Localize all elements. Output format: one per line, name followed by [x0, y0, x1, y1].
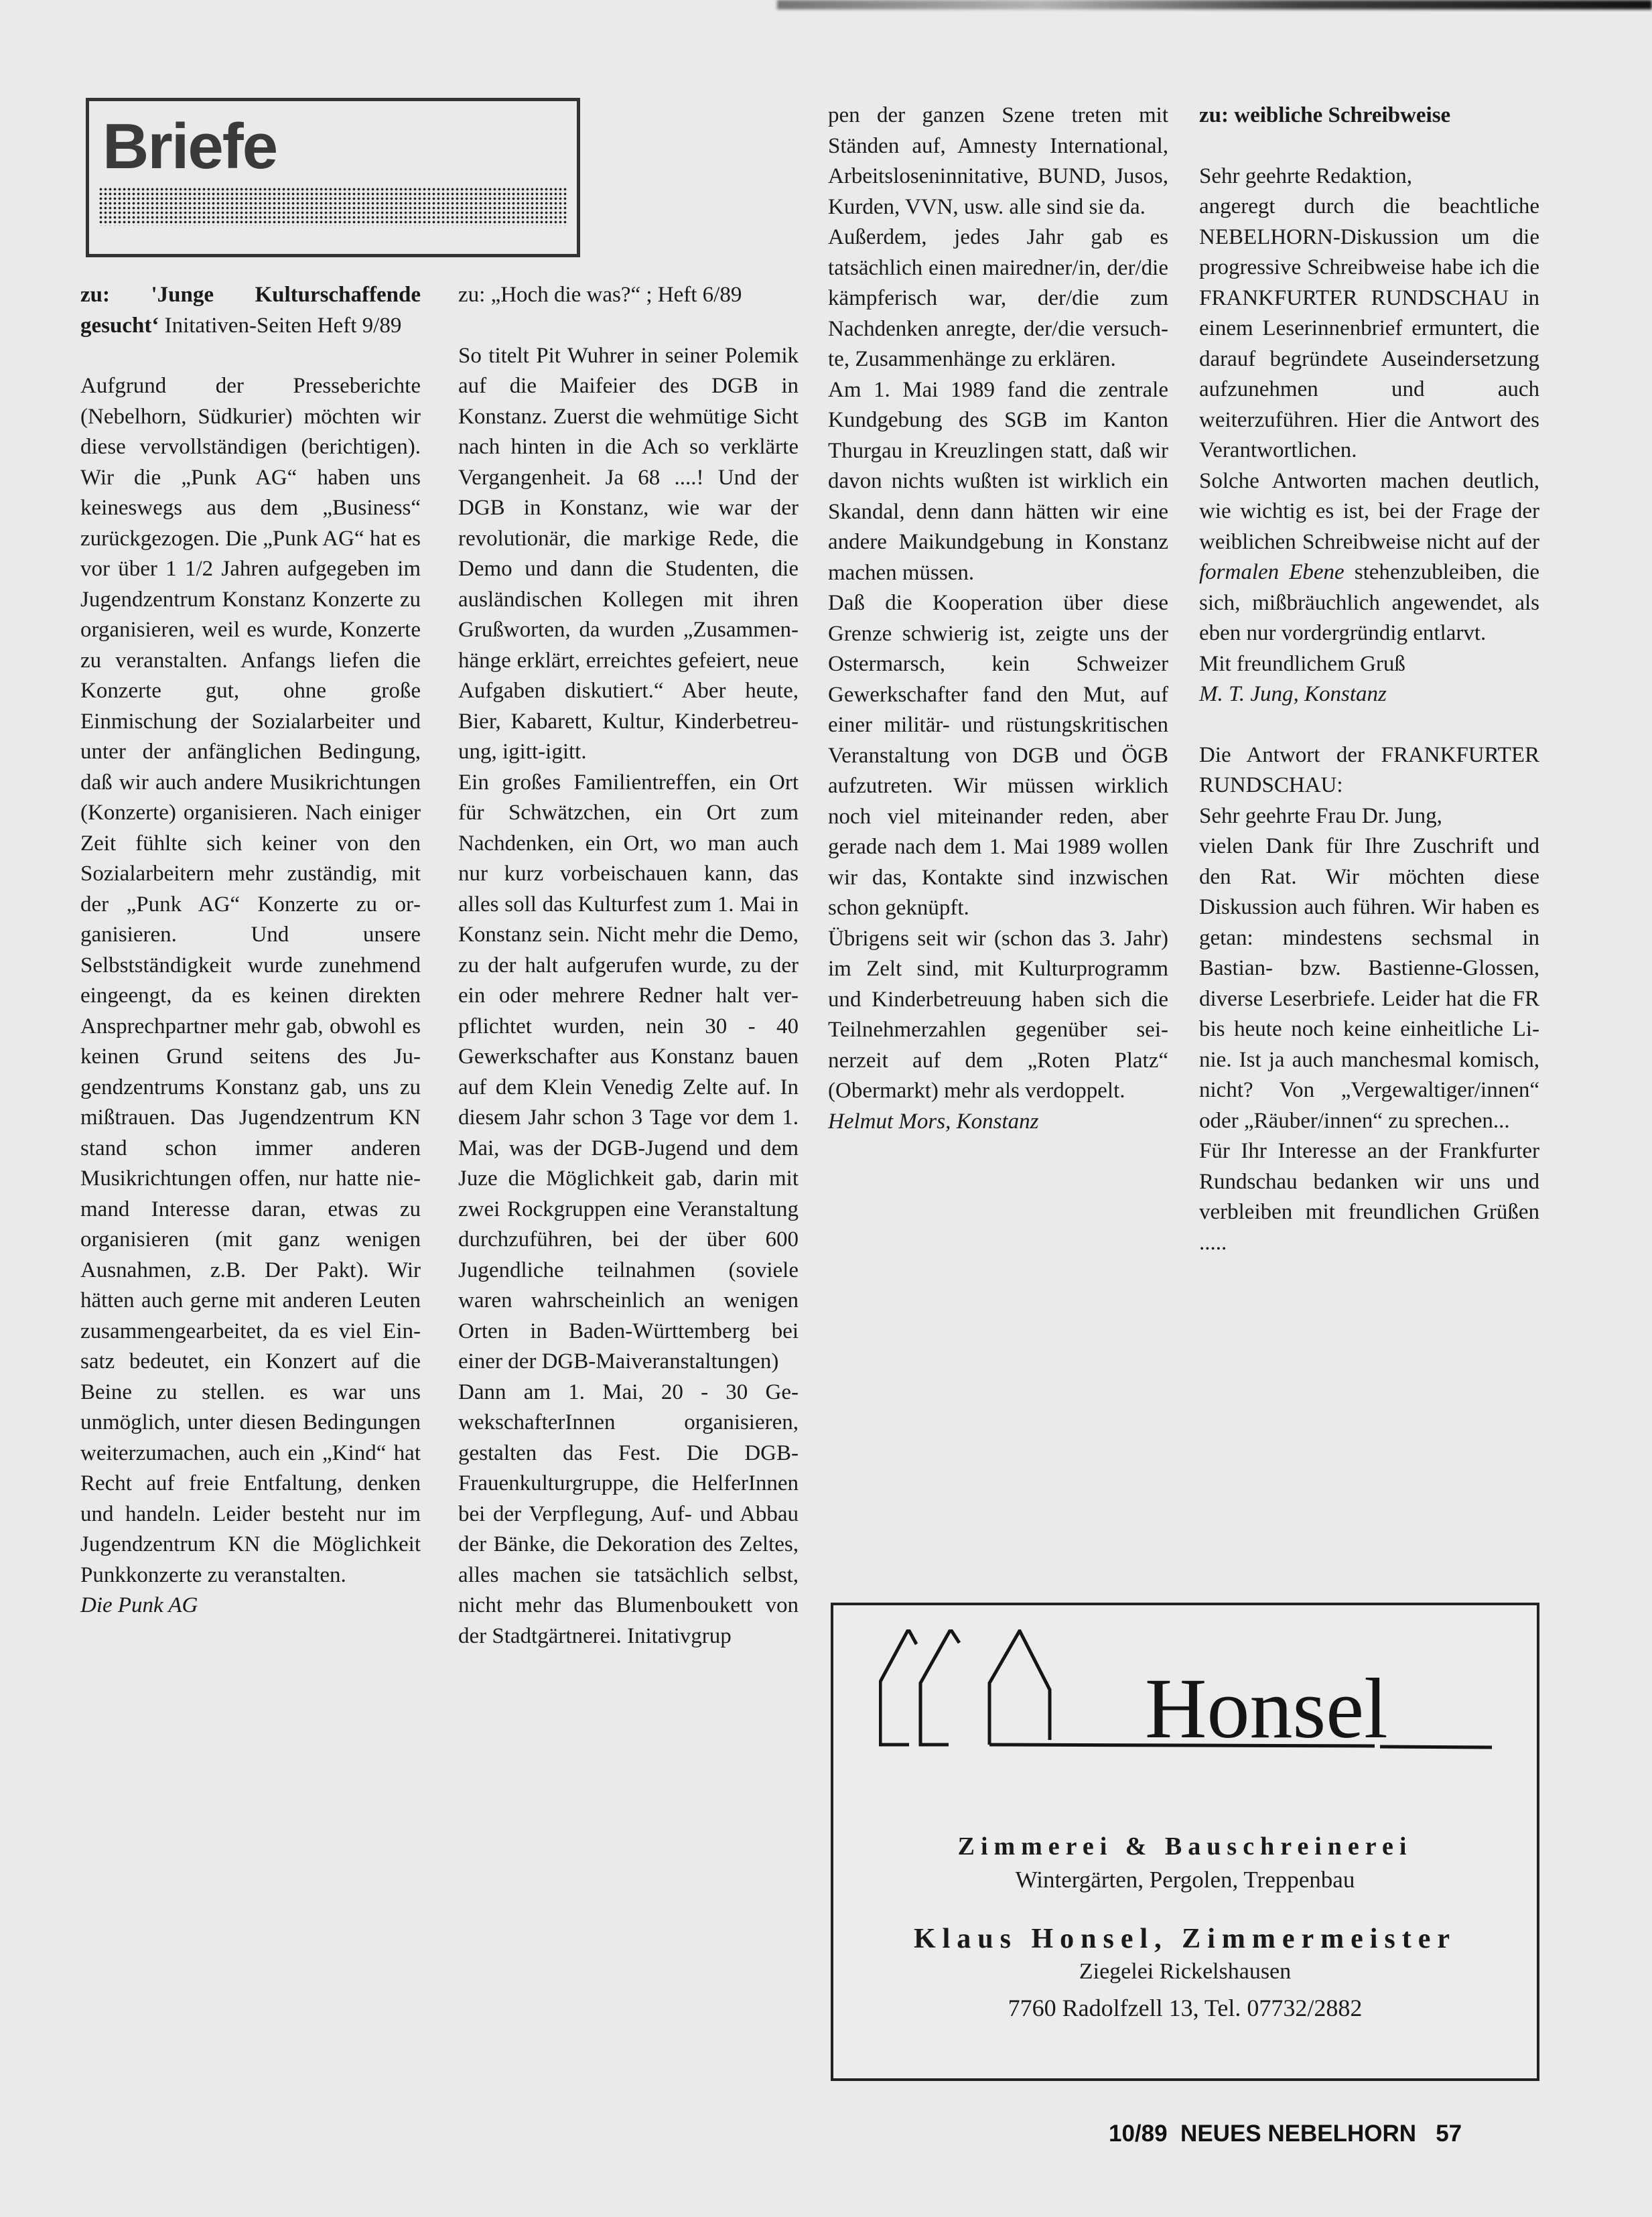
reply-paragraph: Für Ihr Interesse an der Frankfurter Run… — [1199, 1136, 1539, 1258]
page-footer: 10/89 NEUES NEBELHORN 57 — [1109, 2121, 1462, 2147]
letter-salutation: Sehr geehrte Redaktion, — [1199, 161, 1539, 192]
ad-business-type: Zimmerei & Bauschreinerei — [833, 1832, 1537, 1861]
halftone-bar — [98, 187, 567, 226]
issue-number: 10/89 — [1109, 2121, 1168, 2147]
page-number: 57 — [1436, 2121, 1462, 2147]
letter-paragraph: angeregt durch die beachtli­che NEBELHOR… — [1199, 192, 1539, 466]
letter-heading: zu: 'Junge Kulturschaffende gesucht‘ Ini… — [80, 280, 421, 341]
letter-paragraph: So titelt Pit Wuhrer in seiner Polemik a… — [458, 341, 799, 768]
section-masthead: Briefe — [86, 98, 580, 257]
publication-name: NEUES NEBELHORN — [1180, 2121, 1416, 2147]
letter-paragraph: Solche Antworten machen deutlich, wie wi… — [1199, 466, 1539, 649]
letter-signature: Helmut Mors, Konstanz — [828, 1107, 1168, 1138]
ad-address-line2: 7760 Radolfzell 13, Tel. 07732/2882 — [833, 1994, 1537, 2022]
letter-signature: Die Punk AG — [80, 1591, 421, 1621]
letter-heading-bold: zu: weibliche Schreibweise — [1199, 103, 1450, 127]
letter-paragraph: Am 1. Mai 1989 fand die zen­trale Kundge… — [828, 375, 1168, 589]
letter-hoch-die-was: zu: „Hoch die was?“ ; Heft 6/89 So titel… — [458, 280, 799, 1652]
letter-closing: Mit freundlichem Gruß — [1199, 649, 1539, 680]
letter-punk-ag: zu: 'Junge Kulturschaffende gesucht‘ Ini… — [80, 280, 421, 1621]
letter-heading: zu: weibliche Schreibweise — [1199, 100, 1539, 131]
letter-paragraph: Übrigens seit wir (schon das 3. Jahr) im… — [828, 924, 1168, 1107]
letter-paragraph: Daß die Kooperation über diese Grenze sc… — [828, 588, 1168, 924]
reply-salutation: Sehr geehrte Frau Dr. Jung, — [1199, 801, 1539, 832]
letter-heading: zu: „Hoch die was?“ ; Heft 6/89 — [458, 280, 799, 311]
letter-paragraph: pen der ganzen Szene treten mit Ständen … — [828, 100, 1168, 222]
letter-heading-ref: Initativen-Seiten Heft 9/89 — [159, 314, 401, 338]
ad-address-line1: Ziegelei Rickelshausen — [833, 1959, 1537, 1985]
ad-brand-name: Honsel — [1145, 1666, 1388, 1751]
letter-weibliche-schreibweise: zu: weibliche Schreibweise Sehr geehrte … — [1199, 100, 1539, 1258]
text-run: Solche Antworten machen deutlich, wie wi… — [1199, 469, 1539, 554]
previous-page-bleed — [777, 0, 1652, 9]
emphasis-text: formalen Ebene — [1199, 560, 1345, 584]
letter-paragraph: Dann am 1. Mai, 20 - 30 Ge­wekschafterIn… — [458, 1378, 799, 1652]
ad-services: Wintergärten, Pergolen, Treppenbau — [833, 1867, 1537, 1893]
letter-paragraph: Ein großes Familientreffen, ein Ort für … — [458, 768, 799, 1378]
letter-paragraph: Außerdem, jedes Jahr gab es tatsächlich … — [828, 222, 1168, 375]
reply-intro: Die Antwort der FRANK­FURTER RUNDSCHAU: — [1199, 740, 1539, 801]
ad-owner: Klaus Honsel, Zimmermeister — [833, 1923, 1537, 1955]
honsel-advertisement: Honsel Zimmerei & Bauschreinerei Winterg… — [831, 1603, 1539, 2081]
section-title: Briefe — [102, 115, 277, 179]
reply-paragraph: vielen Dank für Ihre Zu­schrift und den … — [1199, 831, 1539, 1136]
letter-hoch-die-was-continued: pen der ganzen Szene treten mit Ständen … — [828, 100, 1168, 1137]
letter-signature: M. T. Jung, Konstanz — [1199, 679, 1539, 710]
letter-body: Aufgrund der Presseberichte (Nebelhorn, … — [80, 371, 421, 1591]
